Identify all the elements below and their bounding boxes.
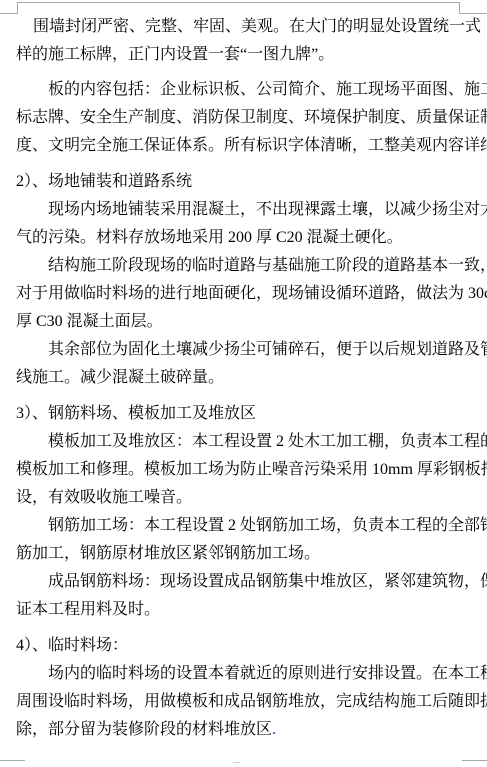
- paragraph-line: 对于用做临时料场的进行地面硬化，现场铺设循环道路，做法为 30cm: [16, 280, 461, 308]
- paragraph-line-text: 除，部分留为装修阶段的材料堆放区: [16, 721, 272, 738]
- paragraph-line: 模板加工及堆放区：本工程设置 2 处木工加工棚，负责本工程的: [16, 428, 461, 456]
- section-heading-3: 3）、钢筋料场、模板加工及堆放区: [16, 400, 461, 428]
- document-page: { "page": { "background": "#ffffff", "te…: [0, 0, 487, 767]
- paragraph-line: 现场内场地铺装采用混凝土，不出现裸露土壤，以减少扬尘对大: [16, 196, 461, 224]
- paragraph-line: 除，部分留为装修阶段的材料堆放区.: [16, 716, 461, 744]
- paragraph-line: 厚 C30 混凝土面层。: [16, 308, 461, 336]
- margin-mark-top-left-h: [0, 13, 17, 14]
- paragraph-line: 模板加工和修理。模板加工场为防止噪音污染采用 10mm 厚彩钢板搭: [16, 456, 461, 484]
- document-body: 围墙封闭严密、完整、牢固、美观。在大门的明显处设置统一式 样的施工标牌，正门内设…: [16, 13, 461, 744]
- paragraph-line: 设，有效吸收施工噪音。: [16, 484, 461, 512]
- paragraph-line: 板的内容包括：企业标识板、公司简介、施工现场平面图、施工: [16, 76, 461, 104]
- paragraph-line: 周围设临时料场，用做模板和成品钢筋堆放，完成结构施工后随即拆: [16, 688, 461, 716]
- paragraph-line: 钢筋加工场：本工程设置 2 处钢筋加工场，负责本工程的全部钢: [16, 512, 461, 540]
- paragraph-line: 标志牌、安全生产制度、消防保卫制度、环境保护制度、质量保证制: [16, 104, 461, 132]
- paragraph-line: 其余部位为固化土壤减少扬尘可铺碎石，便于以后规划道路及管: [16, 336, 461, 364]
- paragraph-line: 度、文明完全施工保证体系。所有标识字体清晰，工整美观内容详细。: [16, 132, 461, 160]
- margin-mark-bottom-right-h: [462, 760, 487, 761]
- paragraph-line: 样的施工标牌，正门内设置一套“一图九牌”。: [16, 41, 461, 69]
- section-heading-2: 2）、场地铺装和道路系统: [16, 168, 461, 196]
- section-heading-4: 4）、临时料场：: [16, 632, 461, 660]
- paragraph-line: 围墙封闭严密、完整、牢固、美观。在大门的明显处设置统一式: [16, 13, 461, 41]
- margin-mark-bottom-left-h: [0, 760, 25, 761]
- margin-mark-bottom-center: [233, 762, 240, 763]
- paragraph-line: 气的污染。材料存放场地采用 200 厚 C20 混凝土硬化。: [16, 224, 461, 252]
- paragraph-line: 成品钢筋料场：现场设置成品钢筋集中堆放区，紧邻建筑物，保: [16, 568, 461, 596]
- paragraph-line: 结构施工阶段现场的临时道路与基础施工阶段的道路基本一致，: [16, 252, 461, 280]
- paragraph-line: 场内的临时料场的设置本着就近的原则进行安排设置。在本工程: [16, 660, 461, 688]
- paragraph-line: 证本工程用料及时。: [16, 596, 461, 624]
- revision-period-mark: .: [272, 721, 276, 738]
- margin-mark-top-h: [17, 2, 460, 3]
- paragraph-line: 筋加工，钢筋原材堆放区紧邻钢筋加工场。: [16, 540, 461, 568]
- paragraph-line: 线施工。减少混凝土破碎量。: [16, 364, 461, 392]
